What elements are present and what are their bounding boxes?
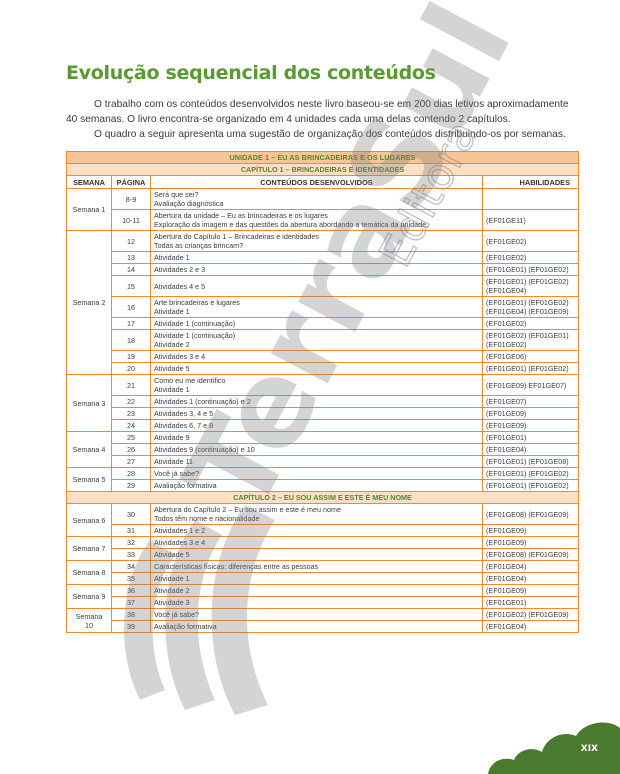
content-cell: Você já sabe? [151,468,483,480]
skill-code: (EF01GE09) [486,526,575,535]
chapter-title: CAPÍTULO 2 – EU SOU ASSIM E ESTE É MEU N… [67,492,579,504]
content-cell: Características físicas: diferenças entr… [151,561,483,573]
table-row: Semana1038Você já sabe?(EF01GE02) (EF01G… [67,609,579,621]
week-cell: Semana 1 [67,189,112,231]
page-cell: 33 [112,549,151,561]
skills-cell: (EF01GE01) [483,597,579,609]
skill-code: (EF01GE08) (EF01GE09) [486,550,575,559]
table-row: Semana 212Abertura do Capítulo 1 – Brinc… [67,231,579,252]
content-line: Atividade 1 [154,307,479,316]
skills-cell: (EF01GE01) (EF01GE02)(EF01GE04) (EF01GE0… [483,297,579,318]
content-cell: Atividade 1 (continuação) [151,318,483,330]
table-row: 33Atividade 5(EF01GE08) (EF01GE09) [67,549,579,561]
week-cell: Semana 5 [67,468,112,492]
table-row: Semana 321Como eu me identificoAtividade… [67,375,579,396]
table-row: Semana 630Abertura do Capítulo 2 – Eu so… [67,504,579,525]
table-row: 19Atividades 3 e 4(EF01GE06) [67,351,579,363]
content-line: Abertura do Capítulo 2 – Eu sou assim e … [154,505,479,514]
table-row: 10-11Abertura da unidade – Eu as brincad… [67,210,579,231]
content-cell: Atividade 3 [151,597,483,609]
table-row: Semana 834Características físicas: difer… [67,561,579,573]
content-line: Abertura do Capítulo 1 – Brincadeiras e … [154,232,479,241]
skill-code: (EF01GE04) [486,562,575,571]
content-line: Atividade 1 [154,253,479,262]
page-cell: 23 [112,408,151,420]
skill-code: (EF01GE01) (EF01GE02) [486,265,575,274]
page-cell: 34 [112,561,151,573]
page-cell: 17 [112,318,151,330]
skill-code: (EF01GE04) (EF01GE09) [486,307,575,316]
content-line: Atividade 2 [154,340,479,349]
content-line: Atividade 2 [154,586,479,595]
content-line: Atividades 9 (continuação) e 10 [154,445,479,454]
week-cell: Semana 6 [67,504,112,537]
page-title: Evolução sequencial dos conteúdos [66,62,436,84]
content-line: Atividade 11 [154,457,479,466]
skill-code: (EF01GE04) [486,286,575,295]
skills-cell: (EF01GE01) (EF01GE02) [483,264,579,276]
skills-cell: (EF01GE09) [483,420,579,432]
skills-cell: (EF01GE04) [483,561,579,573]
content-line: Atividades 3 e 4 [154,352,479,361]
content-line: Atividades 1 e 2 [154,526,479,535]
content-cell: Arte brincadeiras e lugaresAtividade 1 [151,297,483,318]
table-row: 22Atividades 1 (continuação) e 2(EF01GE0… [67,396,579,408]
skill-code: (EF01GE01) [486,598,575,607]
content-line: Atividade 5 [154,550,479,559]
content-line: Características físicas: diferenças entr… [154,562,479,571]
table-row: Semana 425Atividade 9(EF01GE01) [67,432,579,444]
table-row: 31Atividades 1 e 2(EF01GE09) [67,525,579,537]
skills-cell: (EF01GE02) [483,252,579,264]
skill-code: (EF01GE01) (EF01GE02) [486,364,575,373]
content-cell: Abertura do Capítulo 2 – Eu sou assim e … [151,504,483,525]
skill-code: (EF01GE01) (EF01GE02) [486,277,575,286]
page-cell: 36 [112,585,151,597]
week-cell: Semana 4 [67,432,112,468]
page-cell: 38 [112,609,151,621]
table-row: 23Atividades 3, 4 e 5(EF01GE09) [67,408,579,420]
week-label-line: 10 [70,621,108,630]
content-line: Você já sabe? [154,610,479,619]
skill-code: (EF01GE01) (EF01GE08) [486,457,575,466]
content-line: Avaliação diagnóstica [154,199,479,208]
skills-cell: (EF01GE07) [483,396,579,408]
content-line: Atividades 6, 7 e 8 [154,421,479,430]
page-cell: 39 [112,621,151,633]
content-line: Atividade 1 [154,385,479,394]
content-line: Abertura da unidade – Eu as brincadeiras… [154,211,479,220]
page-cell: 19 [112,351,151,363]
week-cell: Semana 7 [67,537,112,561]
skill-code: (EF01GE09) [486,586,575,595]
page-cell: 13 [112,252,151,264]
content-line: Avaliação formativa [154,481,479,490]
skills-cell: (EF01GE09) [483,408,579,420]
table-row: 16Arte brincadeiras e lugaresAtividade 1… [67,297,579,318]
table-row: Semana 936Atividade 2(EF01GE09) [67,585,579,597]
skill-code: (EF01GE09) [486,421,575,430]
skills-cell: (EF01GE01) (EF01GE08) [483,456,579,468]
skill-code: (EF01GE01) [486,433,575,442]
page-cell: 24 [112,420,151,432]
page-cell: 28 [112,468,151,480]
table-row: Semana 528Você já sabe?(EF01GE01) (EF01G… [67,468,579,480]
table-row: 29Avaliação formativa(EF01GE01) (EF01GE0… [67,480,579,492]
skills-cell: (EF01GE02) (EF01GE09) [483,609,579,621]
table-row: 37Atividade 3(EF01GE01) [67,597,579,609]
table-body: UNIDADE 1 – EU AS BRINCADEIRAS E OS LUGA… [67,152,579,633]
column-header-content: CONTEÚDOS DESENVOLVIDOS [151,176,483,189]
skill-code: (EF01GE09) [486,409,575,418]
table-row: Semana 732Atividades 3 e 4(EF01GE09) [67,537,579,549]
skill-code: (EF01GE04) [486,622,575,631]
skill-code: (EF01GE09) [486,538,575,547]
page-cell: 25 [112,432,151,444]
skill-code: (EF01GE01) (EF01GE02) [486,298,575,307]
table-row: 17Atividade 1 (continuação)(EF01GE02) [67,318,579,330]
skill-code: (EF01GE02) [486,237,575,246]
skills-cell [483,189,579,210]
skill-code: (EF01GE01) (EF01GE02) [486,481,575,490]
content-cell: Atividades 4 e 5 [151,276,483,297]
content-cell: Atividade 11 [151,456,483,468]
table-row: 14Atividades 2 e 3(EF01GE01) (EF01GE02) [67,264,579,276]
page-cell: 14 [112,264,151,276]
table-row: 20Atividade 5(EF01GE01) (EF01GE02) [67,363,579,375]
page-cell: 26 [112,444,151,456]
content-cell: Atividades 3, 4 e 5 [151,408,483,420]
skills-cell: (EF01GE01) (EF01GE02) [483,363,579,375]
week-cell: Semana10 [67,609,112,633]
column-header-page: PÁGINA [112,176,151,189]
intro-paragraph-2: O quadro a seguir apresenta uma sugestão… [66,127,580,142]
content-line: Exploração da imagem e das questões da a… [154,220,479,229]
chapter-header-row: CAPÍTULO 1 – BRINCADEIRAS E IDENTIDADES [67,164,579,176]
skills-cell: (EF01GE06) [483,351,579,363]
content-line: Como eu me identifico [154,376,479,385]
content-cell: Atividade 5 [151,363,483,375]
page-cell: 37 [112,597,151,609]
week-cell: Semana 9 [67,585,112,609]
content-line: Avaliação formativa [154,622,479,631]
page-cell: 35 [112,573,151,585]
content-cell: Como eu me identificoAtividade 1 [151,375,483,396]
page-cell: 8-9 [112,189,151,210]
content-line: Atividade 1 (continuação) [154,319,479,328]
skill-code: (EF01GE01) (EF01GE02) [486,469,575,478]
skill-code: (EF01GE11) [486,216,575,225]
skills-cell: (EF01GE02) [483,231,579,252]
skill-code: (EF01GE02) [486,340,575,349]
page-number: XIX [581,744,598,754]
content-line: Todos têm nome e nacionalidade [154,514,479,523]
content-line: Você já sabe? [154,469,479,478]
skill-code: (EF01GE04) [486,445,575,454]
page-cell: 27 [112,456,151,468]
table-row: Semana 18-9Será que sei?Avaliação diagnó… [67,189,579,210]
content-cell: Você já sabe? [151,609,483,621]
page-cell: 22 [112,396,151,408]
content-cell: Avaliação formativa [151,480,483,492]
skill-code: (EF01GE07) [486,397,575,406]
page-cell: 16 [112,297,151,318]
skills-cell: (EF01GE02) (EF01GE01)(EF01GE02) [483,330,579,351]
content-line: Atividades 2 e 3 [154,265,479,274]
unit-header-row: UNIDADE 1 – EU AS BRINCADEIRAS E OS LUGA… [67,152,579,164]
skills-cell: (EF01GE04) [483,621,579,633]
page-cell: 12 [112,231,151,252]
page-folio: XIX [488,716,620,774]
page-cell: 30 [112,504,151,525]
skills-cell: (EF01GE11) [483,210,579,231]
unit-title: UNIDADE 1 – EU AS BRINCADEIRAS E OS LUGA… [67,152,579,164]
skill-code: (EF01GE04) [486,574,575,583]
skills-cell: (EF01GE09) EF01GE07) [483,375,579,396]
table-row: 15Atividades 4 e 5(EF01GE01) (EF01GE02)(… [67,276,579,297]
content-cell: Atividades 1 (continuação) e 2 [151,396,483,408]
content-cell: Atividades 1 e 2 [151,525,483,537]
content-cell: Atividade 9 [151,432,483,444]
content-cell: Atividade 5 [151,549,483,561]
skill-code: (EF01GE09) EF01GE07) [486,381,575,390]
content-cell: Atividade 1 [151,573,483,585]
content-cell: Atividades 9 (continuação) e 10 [151,444,483,456]
chapter-title: CAPÍTULO 1 – BRINCADEIRAS E IDENTIDADES [67,164,579,176]
content-cell: Atividades 3 e 4 [151,351,483,363]
skill-code: (EF01GE08) (EF01GE09) [486,510,575,519]
content-line: Atividade 3 [154,598,479,607]
content-line: Atividades 1 (continuação) e 2 [154,397,479,406]
table-row: 27Atividade 11(EF01GE01) (EF01GE08) [67,456,579,468]
page-cell: 20 [112,363,151,375]
content-cell: Será que sei?Avaliação diagnóstica [151,189,483,210]
content-line: Atividade 1 (continuação) [154,331,479,340]
table-row: 13Atividade 1(EF01GE02) [67,252,579,264]
content-line: Atividades 4 e 5 [154,282,479,291]
column-header-skills: HABILIDADES [483,176,579,189]
page-cell: 31 [112,525,151,537]
page-cell: 32 [112,537,151,549]
week-cell: Semana 8 [67,561,112,585]
content-cell: Abertura da unidade – Eu as brincadeiras… [151,210,483,231]
skills-cell: (EF01GE04) [483,444,579,456]
table-row: 18Atividade 1 (continuação)Atividade 2(E… [67,330,579,351]
skills-cell: (EF01GE08) (EF01GE09) [483,504,579,525]
content-line: Todas as crianças brincam? [154,241,479,250]
content-line: Atividades 3 e 4 [154,538,479,547]
table-row: 39Avaliação formativa(EF01GE04) [67,621,579,633]
skills-cell: (EF01GE01) (EF01GE02) [483,480,579,492]
content-line: Será que sei? [154,190,479,199]
content-cell: Atividades 2 e 3 [151,264,483,276]
content-line: Atividade 5 [154,364,479,373]
content-cell: Atividade 1 [151,252,483,264]
content-cell: Atividades 3 e 4 [151,537,483,549]
skill-code: (EF01GE02) [486,253,575,262]
skills-cell: (EF01GE09) [483,537,579,549]
week-cell: Semana 3 [67,375,112,432]
page-cell: 29 [112,480,151,492]
skills-cell: (EF01GE08) (EF01GE09) [483,549,579,561]
content-line: Atividades 3, 4 e 5 [154,409,479,418]
table-row: 24Atividades 6, 7 e 8(EF01GE09) [67,420,579,432]
content-line: Atividade 9 [154,433,479,442]
table-row: 35Atividade 1(EF01GE04) [67,573,579,585]
skills-cell: (EF01GE01) [483,432,579,444]
page-cell: 15 [112,276,151,297]
skills-cell: (EF01GE02) [483,318,579,330]
skill-code: (EF01GE06) [486,352,575,361]
table-row: 26Atividades 9 (continuação) e 10(EF01GE… [67,444,579,456]
page-cell: 18 [112,330,151,351]
content-cell: Atividade 2 [151,585,483,597]
week-cell: Semana 2 [67,231,112,375]
chapter-header-row: CAPÍTULO 2 – EU SOU ASSIM E ESTE É MEU N… [67,492,579,504]
skill-code: (EF01GE02) (EF01GE01) [486,331,575,340]
intro-paragraph-1: O trabalho com os conteúdos desenvolvido… [66,97,580,127]
skills-cell: (EF01GE01) (EF01GE02)(EF01GE04) [483,276,579,297]
cloud-shape-icon [488,716,620,774]
intro-text: O trabalho com os conteúdos desenvolvido… [66,97,580,142]
page-cell: 10-11 [112,210,151,231]
content-line: Atividade 1 [154,574,479,583]
skill-code: (EF01GE02) (EF01GE09) [486,610,575,619]
content-cell: Abertura do Capítulo 1 – Brincadeiras e … [151,231,483,252]
skills-cell: (EF01GE09) [483,585,579,597]
content-line: Arte brincadeiras e lugares [154,298,479,307]
content-cell: Atividade 1 (continuação)Atividade 2 [151,330,483,351]
content-sequence-table: UNIDADE 1 – EU AS BRINCADEIRAS E OS LUGA… [66,151,579,633]
skills-cell: (EF01GE04) [483,573,579,585]
column-header-row: SEMANAPÁGINACONTEÚDOS DESENVOLVIDOSHABIL… [67,176,579,189]
skill-code: (EF01GE02) [486,319,575,328]
column-header-week: SEMANA [67,176,112,189]
content-cell: Avaliação formativa [151,621,483,633]
skills-cell: (EF01GE01) (EF01GE02) [483,468,579,480]
content-cell: Atividades 6, 7 e 8 [151,420,483,432]
page-cell: 21 [112,375,151,396]
skills-cell: (EF01GE09) [483,525,579,537]
week-label-line: Semana [70,612,108,621]
